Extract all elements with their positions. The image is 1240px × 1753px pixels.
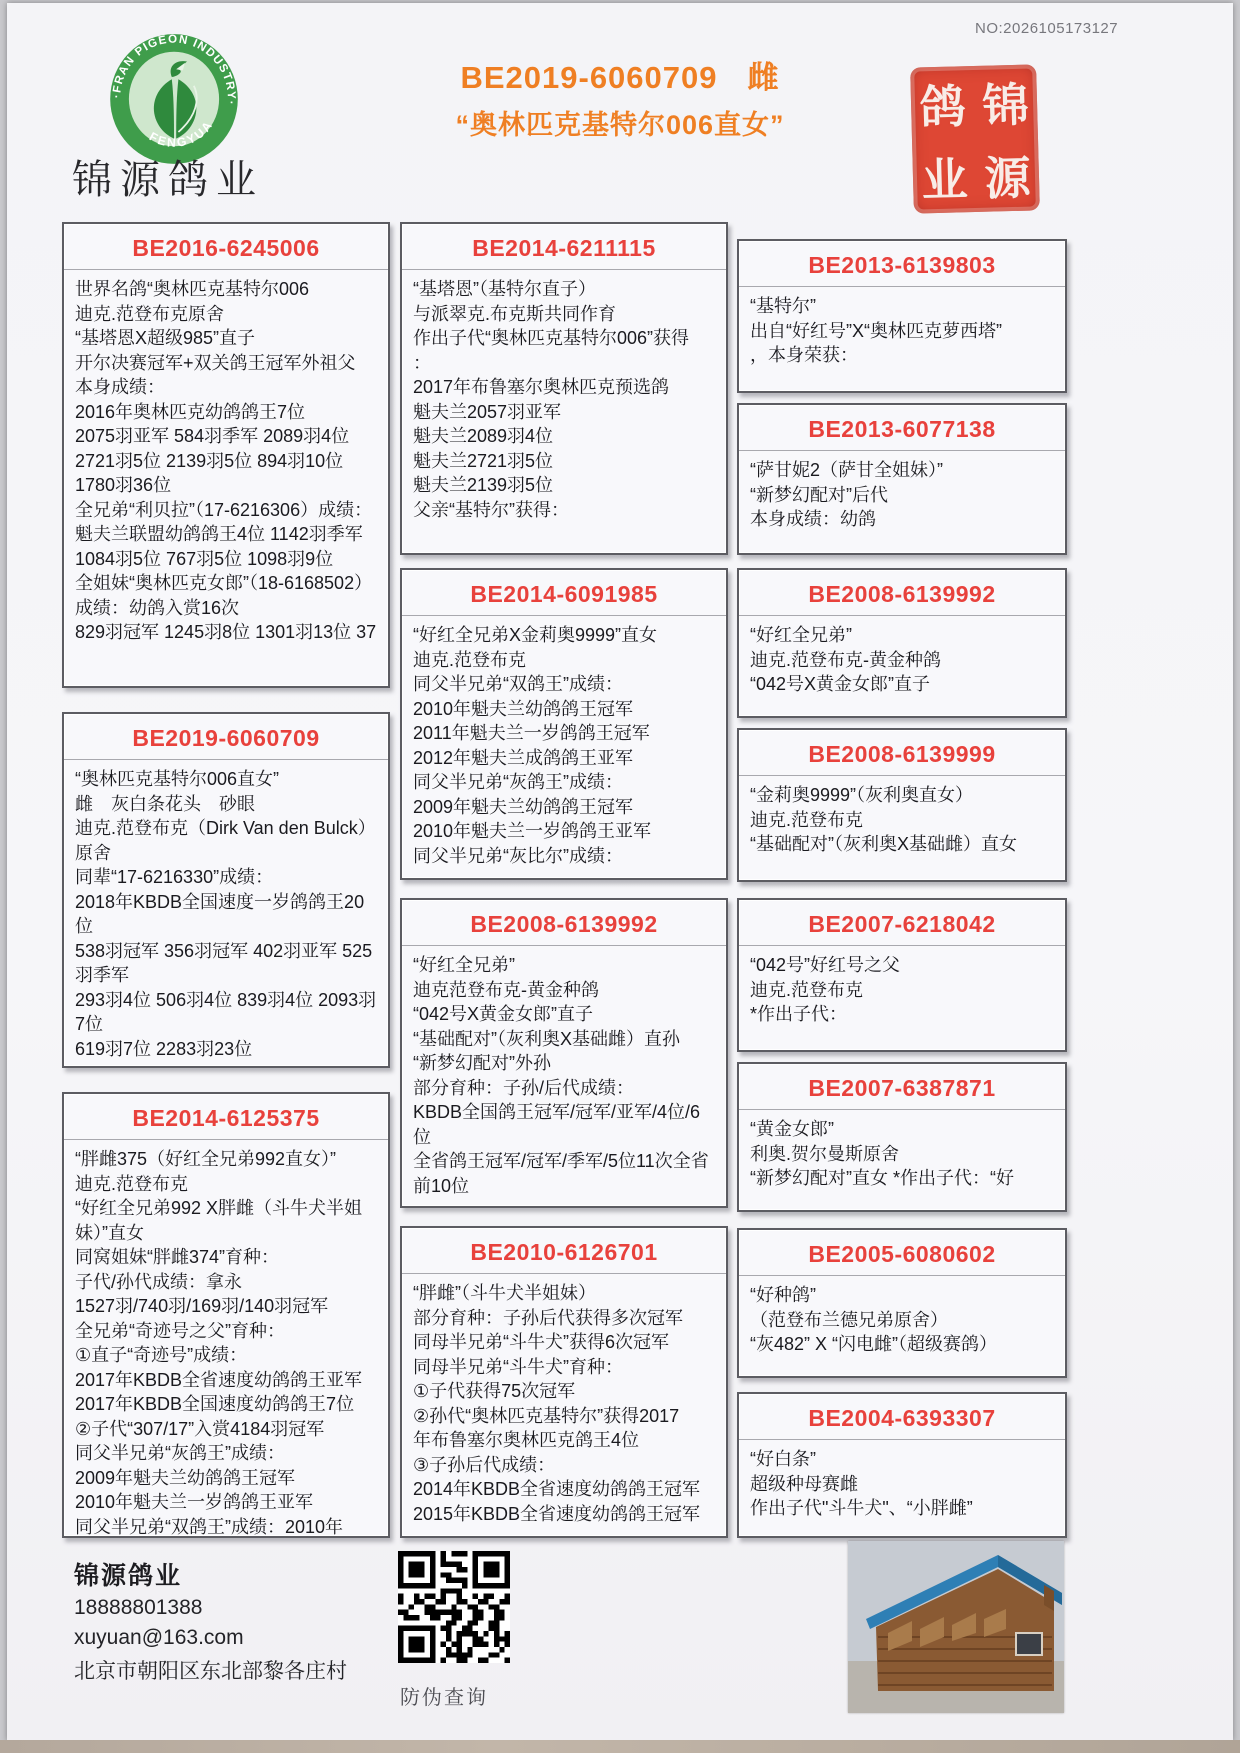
- pedigree-line: “基塔恩X超级985”直子: [75, 326, 380, 351]
- pedigree-line: 魁夫兰2139羽5位: [413, 473, 718, 498]
- pedigree-line: “黄金女郎”: [750, 1117, 1057, 1142]
- pedigree-line: 2018年KBDB全国速度一岁鸽鸽王20位: [75, 890, 380, 939]
- pedigree-line: “胖雌375（好红全兄弟992直女）”: [75, 1147, 380, 1172]
- pedigree-line: 2075羽亚军 584羽季军 2089羽4位: [75, 424, 380, 449]
- pedigree-line: “好红全兄弟X金莉奥9999”直女: [413, 623, 718, 648]
- pedigree-line: 829羽冠军 1245羽8位 1301羽13位 37: [75, 620, 380, 645]
- pedigree-line: 世界名鸽“奥林匹克基特尔006: [75, 277, 380, 302]
- pedigree-line: 全兄弟“奇迹号之父”育种：: [75, 1319, 380, 1344]
- pedigree-line: 同窝姐妹“胖雌374”育种：: [75, 1245, 380, 1270]
- band-number: BE2014-6125375: [64, 1094, 388, 1140]
- band-number: BE2016-6245006: [64, 224, 388, 270]
- seal-char: 源: [975, 137, 1040, 212]
- pedigree-line: 同辈“17-6216330”成绩：: [75, 865, 380, 890]
- pedigree-text: “042号”好红号之父迪克.范登布克*作出子代：: [739, 946, 1065, 1032]
- pedigree-line: “萨甘妮2（萨甘全姐妹）”: [750, 458, 1057, 483]
- pedigree-text: “好白条”超级种母赛雌作出子代"斗牛犬"、“小胖雌”: [739, 1440, 1065, 1526]
- band-number: BE2013-6077138: [739, 405, 1065, 451]
- band-number: BE2019-6060709: [64, 714, 388, 760]
- seal-char: 鸽: [910, 66, 975, 141]
- pedigree-box: BE2014-6091985“好红全兄弟X金莉奥9999”直女迪克.范登布克同父…: [400, 568, 728, 880]
- pedigree-box: BE2013-6077138“萨甘妮2（萨甘全姐妹）”“新梦幻配对”后代本身成绩…: [737, 403, 1067, 555]
- pedigree-line: 全姐妹“奥林匹克女郎”（18-6168502）成绩：幼鸽入赏16次: [75, 571, 380, 620]
- pedigree-box: BE2008-6139992“好红全兄弟”迪克范登布克-黄金种鸽“042号X黄金…: [400, 898, 728, 1208]
- pedigree-line: 同父半兄弟“灰鸽王”成绩：: [413, 770, 718, 795]
- pedigree-line: 作出子代“奥林匹克基特尔006”获得: [413, 326, 718, 351]
- pedigree-line: 同母半兄弟“斗牛犬”获得6次冠军: [413, 1330, 718, 1355]
- pedigree-line: 超级种母赛雌: [750, 1472, 1057, 1497]
- pedigree-line: 2017年KBDB全省速度幼鸽鸽王亚军: [75, 1368, 380, 1393]
- pedigree-text: “好红全兄弟”迪克.范登布克-黄金种鸽“042号X黄金女郎”直子: [739, 616, 1065, 702]
- pedigree-line: 538羽冠军 356羽冠军 402羽亚军 525羽季军: [75, 939, 380, 988]
- pedigree-line: 全兄弟“利贝拉”（17-6216306）成绩：: [75, 498, 380, 523]
- pedigree-line: 魁夫兰2057羽亚军: [413, 400, 718, 425]
- pedigree-line: 迪克.范登布克: [750, 978, 1057, 1003]
- pedigree-line: “金莉奥9999”（灰利奥直女）: [750, 783, 1057, 808]
- pedigree-line: 开尔决赛冠军+双关鸽王冠军外祖父: [75, 351, 380, 376]
- pedigree-box: BE2005-6080602“好种鸽”（范登布兰德兄弟原舍）“灰482” X “…: [737, 1228, 1067, 1378]
- pedigree-box: BE2010-6126701“胖雌”（斗牛犬半姐妹）部分育种：子孙后代获得多次冠…: [400, 1226, 728, 1538]
- pedigree-box: BE2014-6211115“基塔恩”（基特尔直子）与派翠克.布克斯共同作育作出…: [400, 222, 728, 555]
- title-pigeon-name: “奥林匹克基特尔006直女”: [360, 103, 880, 142]
- pedigree-line: 父亲“基特尔”获得：: [413, 498, 718, 523]
- pedigree-line: （范登布兰德兄弟原舍）: [750, 1308, 1057, 1333]
- pedigree-line: 2009年魁夫兰幼鸽鸽王冠军: [75, 1466, 380, 1491]
- pedigree-line: 2010年魁夫兰幼鸽鸽王冠军: [413, 697, 718, 722]
- band-number: BE2007-6218042: [739, 900, 1065, 946]
- footer-phone: 18888801388: [74, 1596, 202, 1620]
- pedigree-line: “新梦幻配对”后代: [750, 483, 1057, 508]
- pedigree-line: 2016年奥林匹克幼鸽鸽王7位: [75, 400, 380, 425]
- pedigree-line: ：: [413, 351, 718, 376]
- pedigree-line: 2012年魁夫兰成鸽鸽王亚军: [413, 746, 718, 771]
- pedigree-box: BE2016-6245006世界名鸽“奥林匹克基特尔006迪克.范登布克原舍“基…: [62, 222, 390, 688]
- pedigree-text: “奥林匹克基特尔006直女”雌 灰白条花头 砂眼迪克.范登布克（Dirk Van…: [64, 760, 388, 1066]
- pedigree-line: 2011年魁夫兰一岁鸽鸽王冠军: [413, 721, 718, 746]
- pedigree-line: 年布鲁塞尔奥林匹克鸽王4位: [413, 1428, 718, 1453]
- pedigree-line: “灰482” X “闪电雌”（超级赛鸽）: [750, 1332, 1057, 1357]
- pedigree-line: “新梦幻配对”外孙: [413, 1051, 718, 1076]
- pedigree-line: *作出子代：: [750, 1002, 1057, 1027]
- band-number: BE2010-6126701: [402, 1228, 726, 1274]
- pedigree-line: 同父半兄弟“灰鸽王”成绩：: [75, 1441, 380, 1466]
- pedigree-line: 本身成绩：: [75, 375, 380, 400]
- pedigree-line: 魁夫兰2721羽5位: [413, 449, 718, 474]
- band-number: BE2005-6080602: [739, 1230, 1065, 1276]
- footer-address: 北京市朝阳区东北部黎各庄村: [74, 1655, 347, 1685]
- pedigree-line: 魁夫兰联盟幼鸽鸽王4位 1142羽季军: [75, 522, 380, 547]
- pedigree-text: “胖雌”（斗牛犬半姐妹）部分育种：子孙后代获得多次冠军同母半兄弟“斗牛犬”获得6…: [402, 1274, 726, 1531]
- pedigree-box: BE2019-6060709“奥林匹克基特尔006直女”雌 灰白条花头 砂眼迪克…: [62, 712, 390, 1068]
- pedigree-box: BE2007-6218042“042号”好红号之父迪克.范登布克*作出子代：: [737, 898, 1067, 1052]
- serial-number: NO:2026105173127: [975, 20, 1118, 37]
- pedigree-line: 2015年KBDB全省速度幼鸽鸽王冠军: [413, 1502, 718, 1527]
- pedigree-line: 作出子代"斗牛犬"、“小胖雌”: [750, 1496, 1057, 1521]
- footer-email: xuyuan@163.com: [74, 1626, 244, 1650]
- pedigree-text: “好红全兄弟”迪克范登布克-黄金种鸽“042号X黄金女郎”直子“基础配对”（灰利…: [402, 946, 726, 1203]
- pedigree-line: 迪克.范登布克-黄金种鸽: [750, 648, 1057, 673]
- pedigree-text: “基塔恩”（基特尔直子）与派翠克.布克斯共同作育作出子代“奥林匹克基特尔006”…: [402, 270, 726, 527]
- band-number: BE2008-6139999: [739, 730, 1065, 776]
- band-number: BE2007-6387871: [739, 1064, 1065, 1110]
- pedigree-line: ，本身荣获：: [750, 343, 1057, 368]
- pedigree-line: 同父半兄弟“双鸽王”成绩：: [413, 672, 718, 697]
- band-number: BE2014-6091985: [402, 570, 726, 616]
- pedigree-line: “奥林匹克基特尔006直女”: [75, 767, 380, 792]
- pedigree-line: 部分育种：子孙/后代成绩：: [413, 1076, 718, 1101]
- scan-edge-artifact: [0, 1740, 1240, 1753]
- pedigree-line: ②孙代“奥林匹克基特尔”获得2017: [413, 1404, 718, 1429]
- pedigree-line: 2010年魁夫兰一岁鸽鸽王亚军: [75, 1490, 380, 1515]
- pedigree-line: 2009年魁夫兰幼鸽鸽王冠军: [413, 795, 718, 820]
- pedigree-line: 同父半兄弟“双鸽王”成绩：2010年: [75, 1515, 380, 1540]
- pedigree-text: “基特尔”出自“好红号”X“奥林匹克萝西塔”，本身荣获：: [739, 287, 1065, 373]
- pedigree-line: “好红全兄弟”: [750, 623, 1057, 648]
- pedigree-line: “042号X黄金女郎”直子: [413, 1002, 718, 1027]
- pedigree-line: 2017年KBDB全国速度幼鸽鸽王7位: [75, 1392, 380, 1417]
- pedigree-text: “黄金女郎”利奥.贺尔曼斯原舍“新梦幻配对”直女 *作出子代：“好: [739, 1110, 1065, 1196]
- title-band-number: BE2019-6060709: [460, 60, 717, 95]
- band-number: BE2004-6393307: [739, 1394, 1065, 1440]
- pedigree-line: 雌 灰白条花头 砂眼: [75, 792, 380, 817]
- pedigree-line: 部分育种：子孙后代获得多次冠军: [413, 1306, 718, 1331]
- pedigree-text: “胖雌375（好红全兄弟992直女）”迪克.范登布克“好红全兄弟992 X胖雌（…: [64, 1140, 388, 1544]
- pedigree-line: 2721羽5位 2139羽5位 894羽10位1780羽36位: [75, 449, 380, 498]
- pedigree-text: “好红全兄弟X金莉奥9999”直女迪克.范登布克同父半兄弟“双鸽王”成绩：201…: [402, 616, 726, 873]
- pedigree-line: 迪克.范登布克（Dirk Van den Bulck）原舍: [75, 816, 380, 865]
- pedigree-box: BE2014-6125375“胖雌375（好红全兄弟992直女）”迪克.范登布克…: [62, 1092, 390, 1538]
- scanned-pedigree-page: { "page": { "serial": "NO:2026105173127"…: [0, 0, 1240, 1753]
- pedigree-line: 1084羽5位 767羽5位 1098羽9位: [75, 547, 380, 572]
- pedigree-line: 全省鸽王冠军/冠军/季军/5位11次全省前10位: [413, 1149, 718, 1198]
- pedigree-text: “好种鸽”（范登布兰德兄弟原舍）“灰482” X “闪电雌”（超级赛鸽）: [739, 1276, 1065, 1362]
- pedigree-line: 2014年KBDB全省速度幼鸽鸽王冠军: [413, 1477, 718, 1502]
- pedigree-line: ①子代获得75次冠军: [413, 1379, 718, 1404]
- band-number: BE2014-6211115: [402, 224, 726, 270]
- qr-caption: 防伪查询: [400, 1681, 488, 1710]
- title-sex: 雌: [748, 60, 780, 95]
- pedigree-line: ②子代“307/17”入赏4184羽冠军: [75, 1417, 380, 1442]
- pedigree-text: “金莉奥9999”（灰利奥直女）迪克.范登布克“基础配对”（灰利奥X基础雌）直女: [739, 776, 1065, 862]
- pedigree-line: 迪克.范登布克: [75, 1172, 380, 1197]
- pedigree-box: BE2008-6139999“金莉奥9999”（灰利奥直女）迪克.范登布克“基础…: [737, 728, 1067, 882]
- pedigree-line: “基塔恩”（基特尔直子）: [413, 277, 718, 302]
- band-number: BE2008-6139992: [739, 570, 1065, 616]
- pedigree-line: “好白条”: [750, 1447, 1057, 1472]
- pedigree-box: BE2007-6387871“黄金女郎”利奥.贺尔曼斯原舍“新梦幻配对”直女 *…: [737, 1062, 1067, 1212]
- pedigree-line: “好种鸽”: [750, 1283, 1057, 1308]
- band-number: BE2013-6139803: [739, 241, 1065, 287]
- pedigree-line: 2010年魁夫兰一岁鸽鸽王亚军: [413, 819, 718, 844]
- pedigree-line: 与派翠克.布克斯共同作育: [413, 302, 718, 327]
- pedigree-line: “基础配对”（灰利奥X基础雌）直孙: [413, 1027, 718, 1052]
- pedigree-line: 子代/孙代成绩：拿永: [75, 1270, 380, 1295]
- seal-char: 锦: [973, 64, 1038, 139]
- pedigree-line: 本身成绩：幼鸽: [750, 507, 1057, 532]
- pedigree-line: 迪克范登布克-黄金种鸽: [413, 978, 718, 1003]
- pedigree-box: BE2013-6139803“基特尔”出自“好红号”X“奥林匹克萝西塔”，本身荣…: [737, 239, 1067, 393]
- pedigree-line: ③子孙后代成绩：: [413, 1453, 718, 1478]
- brand-name-top: 锦源鸽业: [72, 148, 264, 205]
- pedigree-line: “042号”好红号之父: [750, 953, 1057, 978]
- pedigree-line: 同父半兄弟“灰比尔”成绩：: [413, 844, 718, 869]
- qr-code: [398, 1551, 510, 1663]
- pedigree-line: 迪克.范登布克: [413, 648, 718, 673]
- pedigree-line: “好红全兄弟”: [413, 953, 718, 978]
- loft-photo: [848, 1541, 1064, 1713]
- pedigree-line: ①直子“奇迹号”成绩：: [75, 1343, 380, 1368]
- pedigree-line: 1527羽/740羽/169羽/140羽冠军: [75, 1294, 380, 1319]
- pedigree-line: 利奥.贺尔曼斯原舍: [750, 1142, 1057, 1167]
- pedigree-line: “新梦幻配对”直女 *作出子代：“好: [750, 1166, 1057, 1191]
- title-band-line: BE2019-6060709雌: [360, 52, 880, 97]
- footer-brand-name: 锦源鸽业: [74, 1556, 182, 1592]
- pedigree-line: 出自“好红号”X“奥林匹克萝西塔”: [750, 319, 1057, 344]
- seal-char: 业: [912, 139, 977, 214]
- pedigree-line: 魁夫兰2089羽4位: [413, 424, 718, 449]
- pedigree-line: “好红全兄弟992 X胖雌（斗牛犬半姐妹）”直女: [75, 1196, 380, 1245]
- band-number: BE2008-6139992: [402, 900, 726, 946]
- pedigree-line: 293羽4位 506羽4位 839羽4位 2093羽7位: [75, 988, 380, 1037]
- pedigree-line: “042号X黄金女郎”直子: [750, 672, 1057, 697]
- pedigree-line: 619羽7位 2283羽23位: [75, 1037, 380, 1062]
- pedigree-line: “胖雌”（斗牛犬半姐妹）: [413, 1281, 718, 1306]
- pedigree-line: “基础配对”（灰利奥X基础雌）直女: [750, 832, 1057, 857]
- red-seal-stamp: 鸽 锦 业 源: [910, 64, 1040, 213]
- pedigree-line: 2017年布鲁塞尔奥林匹克预选鸽: [413, 375, 718, 400]
- pedigree-text: 世界名鸽“奥林匹克基特尔006迪克.范登布克原舍“基塔恩X超级985”直子开尔决…: [64, 270, 388, 650]
- pedigree-line: 同母半兄弟“斗牛犬”育种：: [413, 1355, 718, 1380]
- page-title: BE2019-6060709雌 “奥林匹克基特尔006直女”: [360, 52, 880, 142]
- pedigree-text: “萨甘妮2（萨甘全姐妹）”“新梦幻配对”后代本身成绩：幼鸽: [739, 451, 1065, 537]
- pedigree-line: 迪克.范登布克: [750, 808, 1057, 833]
- pedigree-line: “基特尔”: [750, 294, 1057, 319]
- pedigree-box: BE2008-6139992“好红全兄弟”迪克.范登布克-黄金种鸽“042号X黄…: [737, 568, 1067, 718]
- pedigree-line: KBDB全国鸽王冠军/冠军/亚军/4位/6位: [413, 1100, 718, 1149]
- pedigree-box: BE2004-6393307“好白条”超级种母赛雌作出子代"斗牛犬"、“小胖雌”: [737, 1392, 1067, 1538]
- fengyuan-logo-icon: ·FRAN PIGEON INDUSTRY· FENGYUAN: [108, 33, 240, 165]
- pedigree-line: 迪克.范登布克原舍: [75, 302, 380, 327]
